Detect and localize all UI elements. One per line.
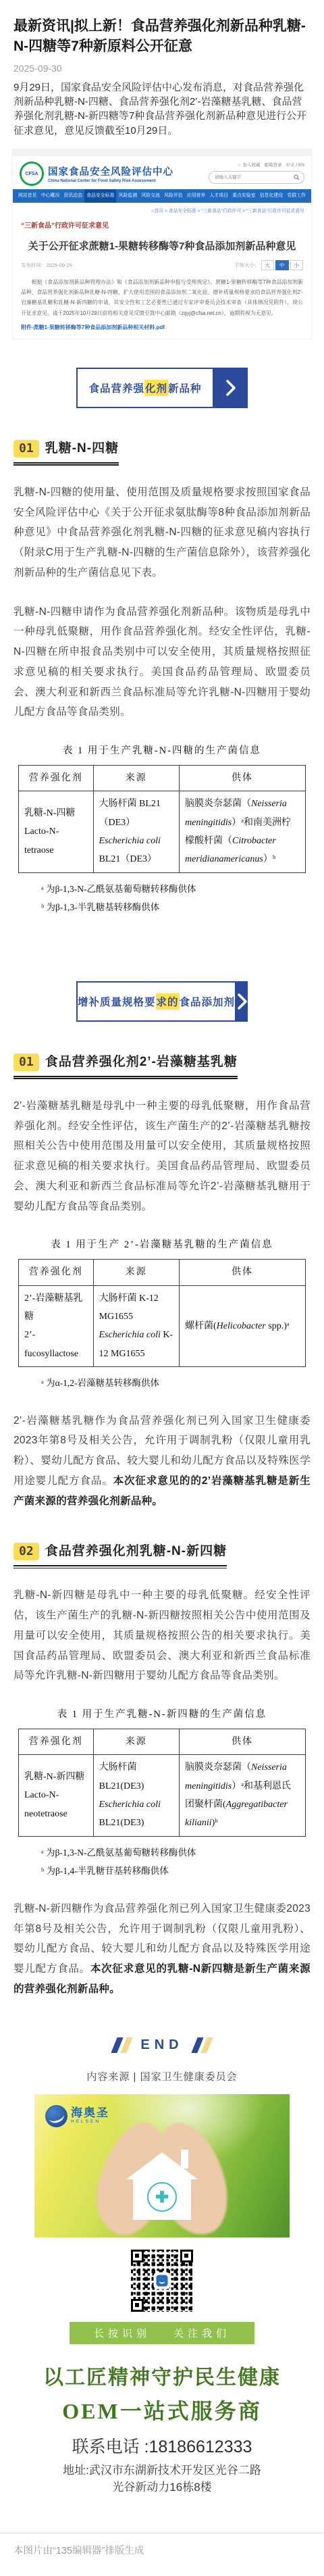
nav-item-about[interactable]: 中心概况 xyxy=(39,189,62,203)
site-name-en: China National Center for Food Safety Ri… xyxy=(48,179,173,183)
site-name-cn: 国家食品安全风险评估中心 xyxy=(48,164,173,178)
site-header: CFSA 国家食品安全风险评估中心 China National Center … xyxy=(13,156,311,189)
font-size-medium-button[interactable]: 中 xyxy=(275,260,289,270)
table-footnotes: ᵃ 为β-1,3-N-乙酰氨基葡萄糖转移酶供体 ᵇ 为β-1,4-半乳糖苷基转移… xyxy=(41,1844,306,1880)
section-title: 乳糖-N-四糖 xyxy=(45,441,119,455)
nav-item-home[interactable]: 网站首页 xyxy=(16,189,39,203)
contact-phone: 联系电话 :18186612333 xyxy=(0,2433,324,2458)
follow-banner: 长按识别 关注我们 xyxy=(70,2322,254,2344)
helsen-logo-icon xyxy=(45,2105,67,2127)
banner-highlight: 化剂 xyxy=(144,380,168,396)
section-number-badge: 01 xyxy=(13,440,39,457)
end-label: END xyxy=(140,2037,183,2053)
font-size-control: 字体大小： 大 中 小 xyxy=(234,260,303,270)
slogan-line-1: 以工匠精神守护民生健康 xyxy=(0,2360,324,2390)
attachment-pdf-link[interactable]: 附件-蔗糖1-果糖转移酶等7种食品添加剂新品种相关材料.pdf xyxy=(21,324,303,331)
table-header-source: 来源 xyxy=(93,1260,180,1285)
font-size-large-button[interactable]: 大 xyxy=(261,260,275,270)
end-slashes-left xyxy=(114,2037,130,2053)
utility-links: ☆ 加入收藏 邮箱登录 中文 / EN xyxy=(238,162,304,168)
search-input[interactable] xyxy=(213,174,280,180)
table-row: 乳糖-N-四糖Lacto-N-tetraose 大肠杆菌 BL21（DE3）Es… xyxy=(19,791,306,872)
banner-label: 增补质量规格要求的食品添加剂 xyxy=(76,981,236,1022)
production-strain-table-2fl: 表 1 用于生产 2’-岩藻糖基乳糖的生产菌信息 营养强化剂 来源 供体 2’-… xyxy=(18,1237,306,1391)
nav-item-applied-nutrition[interactable]: 应用营养 xyxy=(185,189,208,203)
table-footnotes: ᵃ 为α-1,2-岩藻糖基转移酶供体 xyxy=(41,1374,306,1392)
fortifier-cell: 乳糖-N-新四糖Lacto-N-neotetraose xyxy=(19,1755,94,1836)
production-strain-table-lnnt: 表 1 用于生产乳糖-N-新四糖的生产菌信息 营养强化剂 来源 供体 乳糖-N-… xyxy=(18,1706,306,1880)
section-paragraph: 乳糖-N-新四糖作为食品营养强化剂已列入国家卫生健康委2023年第8号及相关公告… xyxy=(13,1899,310,2000)
table-caption: 表 1 用于生产乳糖-N-新四糖的生产菌信息 xyxy=(18,1706,306,1720)
article-page: 最新资讯|拟上新！食品营养强化剂新品种乳糖-N-四糖等7种新原料公开征意 202… xyxy=(0,0,324,2576)
contact-address: 地址:武汉市东湖新技术开发区光谷二路光谷新动力16栋8楼 xyxy=(0,2462,324,2496)
section-paragraph: 乳糖-N-四糖的使用量、使用范围及质量规格要求按照国家食品安全风险评估中心《关于… xyxy=(13,482,310,583)
helsen-brand-cn: 海奥圣 xyxy=(71,2107,109,2119)
banner-text: 增补质量规格要 xyxy=(78,994,156,1009)
content-source: 内容来源 | 国家卫生健康委员会 xyxy=(0,2069,324,2083)
table-caption: 表 1 用于生产乳糖-N-四糖的生产菌信息 xyxy=(18,743,306,757)
qr-center-logo xyxy=(154,2272,171,2289)
favorite-link[interactable]: ☆ 加入收藏 xyxy=(238,162,261,168)
banner-text: 食品营养强 xyxy=(88,380,144,395)
search-icon[interactable] xyxy=(294,174,300,180)
footnote: ᵃ 为α-1,2-岩藻糖基转移酶供体 xyxy=(41,1374,306,1392)
nav-item-key-lab[interactable]: 重点实验室 xyxy=(230,189,257,203)
table-header-donor: 供体 xyxy=(180,1260,306,1285)
source-cell: 大肠杆菌 BL21（DE3）Escherichia coliBL21（DE3） xyxy=(93,791,180,872)
section-heading-lnnt: 02食品营养强化剂乳糖-N-新四糖 xyxy=(13,1541,310,1566)
table-row: 2’-岩藻糖基乳糖2’-fucosyllactose 大肠杆菌 K-12 MG1… xyxy=(19,1285,306,1366)
section-number-badge: 01 xyxy=(13,1054,39,1071)
nav-item-risk-exchange[interactable]: 风险交流 xyxy=(139,189,162,203)
page-title: 最新资讯|拟上新！食品营养强化剂新品种乳糖-N-四糖等7种新原料公开征意 xyxy=(13,16,310,57)
follow-us-tip: 关注我们 xyxy=(173,2326,230,2340)
banner-supplement-spec[interactable]: 增补质量规格要求的食品添加剂 xyxy=(76,981,248,1022)
footnote: ᵃ 为β-1,3-N-乙酰氨基葡萄糖转移酶供体 xyxy=(41,1844,306,1862)
font-size-label: 字体大小： xyxy=(234,262,260,269)
donor-cell: 脑膜炎奈瑟菌（Neisseria meningitidis）ᵃ和南美洲柠檬酸杆菌… xyxy=(180,791,306,872)
section-heading-lnt: 01乳糖-N-四糖 xyxy=(13,438,310,464)
table-header-fortifier: 营养强化剂 xyxy=(19,766,94,791)
editor-credit: 本图片由“135编辑器”排版生成 xyxy=(0,2533,324,2576)
search-box[interactable] xyxy=(209,171,304,184)
slogan-line-2: OEM一站式服务商 xyxy=(0,2394,324,2425)
notice-publish-time: 发布时间：2025-09-29 xyxy=(21,262,72,269)
publish-date: 2025-09-30 xyxy=(13,63,310,74)
section-heading-2fl: 01食品营养强化剂2’-岩藻糖基乳糖 xyxy=(13,1051,310,1077)
arrow-right-icon xyxy=(236,981,248,1022)
nav-item-food-safety-standard[interactable]: 食品安全标准 xyxy=(84,189,116,203)
section-label: “三新食品”行政许可征求意见 xyxy=(21,220,303,230)
screenshot-top-strip xyxy=(13,149,311,156)
source-cell: 大肠杆菌 BL21(DE3)Escherichia coliBL21(DE3) xyxy=(93,1755,180,1836)
long-press-tip: 长按识别 xyxy=(94,2326,151,2340)
fortifier-cell: 乳糖-N-四糖Lacto-N-tetraose xyxy=(19,791,94,872)
nav-item-talent[interactable]: 人才项目 xyxy=(207,189,230,203)
table-caption: 表 1 用于生产 2’-岩藻糖基乳糖的生产菌信息 xyxy=(18,1237,306,1251)
table-header-donor: 供体 xyxy=(180,1729,306,1755)
wechat-qr-code[interactable] xyxy=(131,2250,193,2312)
table-footnotes: ᵃ 为β-1,3-N-乙酰氨基葡萄糖转移酶供体 ᵇ 为β-1,3-半乳糖基转移酶… xyxy=(41,881,306,916)
section-title: 食品营养强化剂乳糖-N-新四糖 xyxy=(45,1544,227,1558)
donor-cell: 脑膜炎奈瑟菌（Neisseria meningitidis）ᵃ和基利恩氏团聚杆菌… xyxy=(180,1755,306,1836)
house-graphic xyxy=(126,2152,198,2220)
notice-title: 关于公开征求蔗糖1-果糖转移酶等7种食品添加剂新品种意见 xyxy=(20,239,304,253)
banner-text: 食品添加剂 xyxy=(180,994,236,1009)
cfsa-site-screenshot: CFSA 国家食品安全风险评估中心 China National Center … xyxy=(12,149,312,339)
table-row: 乳糖-N-新四糖Lacto-N-neotetraose 大肠杆菌 BL21(DE… xyxy=(19,1755,306,1836)
site-nav: 网站首页 中心概况 资讯动态 食品安全标准 风险监测 风险交流 风险评估 应用营… xyxy=(13,189,311,203)
nav-item-informatization[interactable]: 信息化建设 xyxy=(258,189,285,203)
helsen-brand-en: HELSEN xyxy=(71,2120,109,2125)
section-paragraph: 乳糖-N-新四糖是母乳中一种主要的母乳低聚糖。经安全性评估，该生产菌生产的乳糖-… xyxy=(13,1585,310,1686)
font-size-small-button[interactable]: 小 xyxy=(290,260,304,270)
table-header-fortifier: 营养强化剂 xyxy=(19,1729,94,1755)
section-paragraph: 乳糖-N-四糖申请作为食品营养强化剂新品种。该物质是母乳中一种母乳低聚糖，用作食… xyxy=(13,602,310,723)
notice-body: 根据《食品添加剂新品种管理办法》和《食品添加剂新品种申报与受理规定》，蔗糖1-果… xyxy=(21,277,303,318)
nav-item-risk-assess[interactable]: 风险评估 xyxy=(162,189,185,203)
donor-cell: 螺杆菌(Helicobacter spp.)ᵃ xyxy=(180,1285,306,1366)
table-header-fortifier: 营养强化剂 xyxy=(19,1260,94,1285)
table-header-donor: 供体 xyxy=(180,766,306,791)
banner-label: 食品营养强化剂新品种 xyxy=(76,368,214,408)
table-header-source: 来源 xyxy=(93,1729,180,1755)
section-title: 食品营养强化剂2’-岩藻糖基乳糖 xyxy=(45,1055,238,1069)
nav-item-news[interactable]: 资讯动态 xyxy=(61,189,84,203)
production-strain-table-lnt: 表 1 用于生产乳糖-N-四糖的生产菌信息 营养强化剂 来源 供体 乳糖-N-四… xyxy=(18,743,306,916)
cfsa-logo-icon: CFSA xyxy=(20,162,44,186)
nav-item-party-work[interactable]: 党群工作 xyxy=(285,189,308,203)
nav-item-risk-monitor[interactable]: 风险监测 xyxy=(117,189,140,203)
medical-cross-icon xyxy=(147,2182,177,2212)
source-cell: 大肠杆菌 K-12 MG1655Escherichia coli K-12 MG… xyxy=(93,1285,180,1366)
footnote: ᵇ 为β-1,3-半乳糖基转移酶供体 xyxy=(41,899,306,916)
footnote: ᵃ 为β-1,3-N-乙酰氨基葡萄糖转移酶供体 xyxy=(41,881,306,898)
banner-highlight: 求的 xyxy=(156,993,180,1010)
hands-house-photo: 海奥圣 HELSEN xyxy=(34,2094,290,2237)
footnote: ᵇ 为β-1,4-半乳糖苷基转移酶供体 xyxy=(41,1862,306,1880)
helsen-logo: 海奥圣 HELSEN xyxy=(45,2105,109,2127)
banner-new-fortifier[interactable]: 食品营养强化剂新品种 xyxy=(76,368,248,408)
section-paragraph: 2’-岩藻糖基乳糖作为食品营养强化剂已列入国家卫生健康委2023年第8号及相关公… xyxy=(13,1411,310,1512)
fortifier-cell: 2’-岩藻糖基乳糖2’-fucosyllactose xyxy=(19,1285,94,1366)
arrow-right-icon xyxy=(214,368,248,408)
banner-text: 新品种 xyxy=(168,380,202,395)
site-logo: CFSA 国家食品安全风险评估中心 China National Center … xyxy=(20,162,173,186)
mail-login-link[interactable]: 邮箱登录 xyxy=(265,162,282,168)
end-divider: END xyxy=(0,2037,324,2053)
language-switch[interactable]: 中文 / EN xyxy=(286,162,304,168)
breadcrumb[interactable]: ⌂首页 > 食品安全标准 > “三新食品”行政许可 > “三新食品”行政许可征求… xyxy=(20,207,304,214)
table-header-source: 来源 xyxy=(93,766,180,791)
section-number-badge: 02 xyxy=(13,1543,39,1560)
end-slashes-right xyxy=(194,2037,210,2053)
section-paragraph: 2’-岩藻糖基乳糖是母乳中一种主要的母乳低聚糖，用作食品营养强化剂。经安全性评估… xyxy=(13,1096,310,1217)
intro-paragraph: 9月29日，国家食品安全风险评估中心发布消息，对食品营养强化剂新品种乳糖-N-四… xyxy=(13,80,310,138)
